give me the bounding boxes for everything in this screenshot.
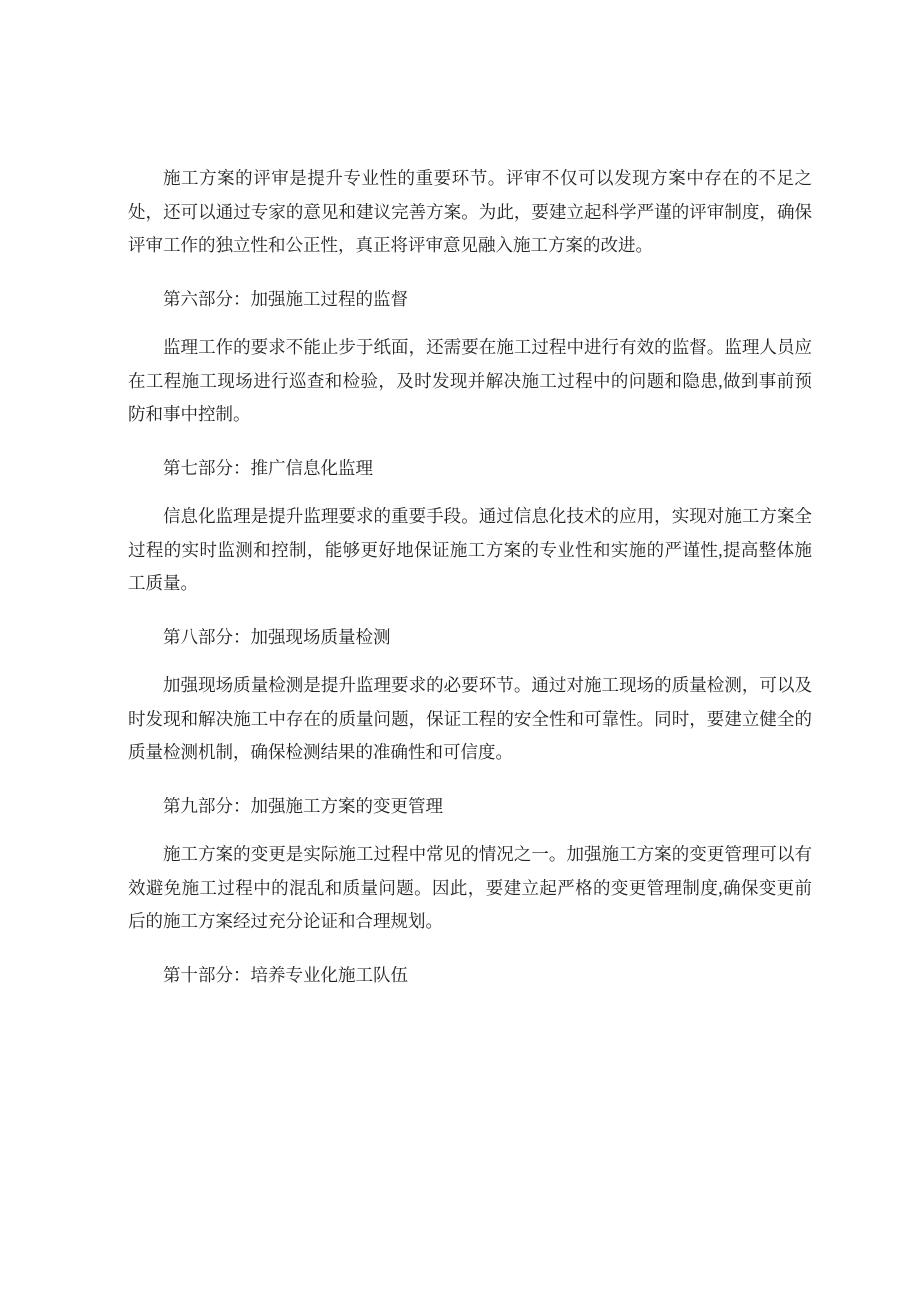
paragraph-review: 施工方案的评审是提升专业性的重要环节。评审不仅可以发现方案中存在的不足之处，还可… — [128, 162, 812, 263]
paragraph-quality-testing: 加强现场质量检测是提升监理要求的必要环节。通过对施工现场的质量检测，可以及时发现… — [128, 669, 812, 770]
section-heading-7: 第七部分：推广信息化监理 — [128, 452, 812, 486]
document-body: 施工方案的评审是提升专业性的重要环节。评审不仅可以发现方案中存在的不足之处，还可… — [128, 162, 812, 1007]
section-heading-6: 第六部分：加强施工过程的监督 — [128, 283, 812, 317]
paragraph-supervision: 监理工作的要求不能止步于纸面，还需要在施工过程中进行有效的监督。监理人员应在工程… — [128, 331, 812, 432]
document-page: 施工方案的评审是提升专业性的重要环节。评审不仅可以发现方案中存在的不足之处，还可… — [0, 0, 920, 1301]
paragraph-change-management: 施工方案的变更是实际施工过程中常见的情况之一。加强施工方案的变更管理可以有效避免… — [128, 838, 812, 939]
section-heading-9: 第九部分：加强施工方案的变更管理 — [128, 790, 812, 824]
section-heading-10: 第十部分：培养专业化施工队伍 — [128, 959, 812, 993]
paragraph-informatization: 信息化监理是提升监理要求的重要手段。通过信息化技术的应用，实现对施工方案全过程的… — [128, 500, 812, 601]
section-heading-8: 第八部分：加强现场质量检测 — [128, 621, 812, 655]
